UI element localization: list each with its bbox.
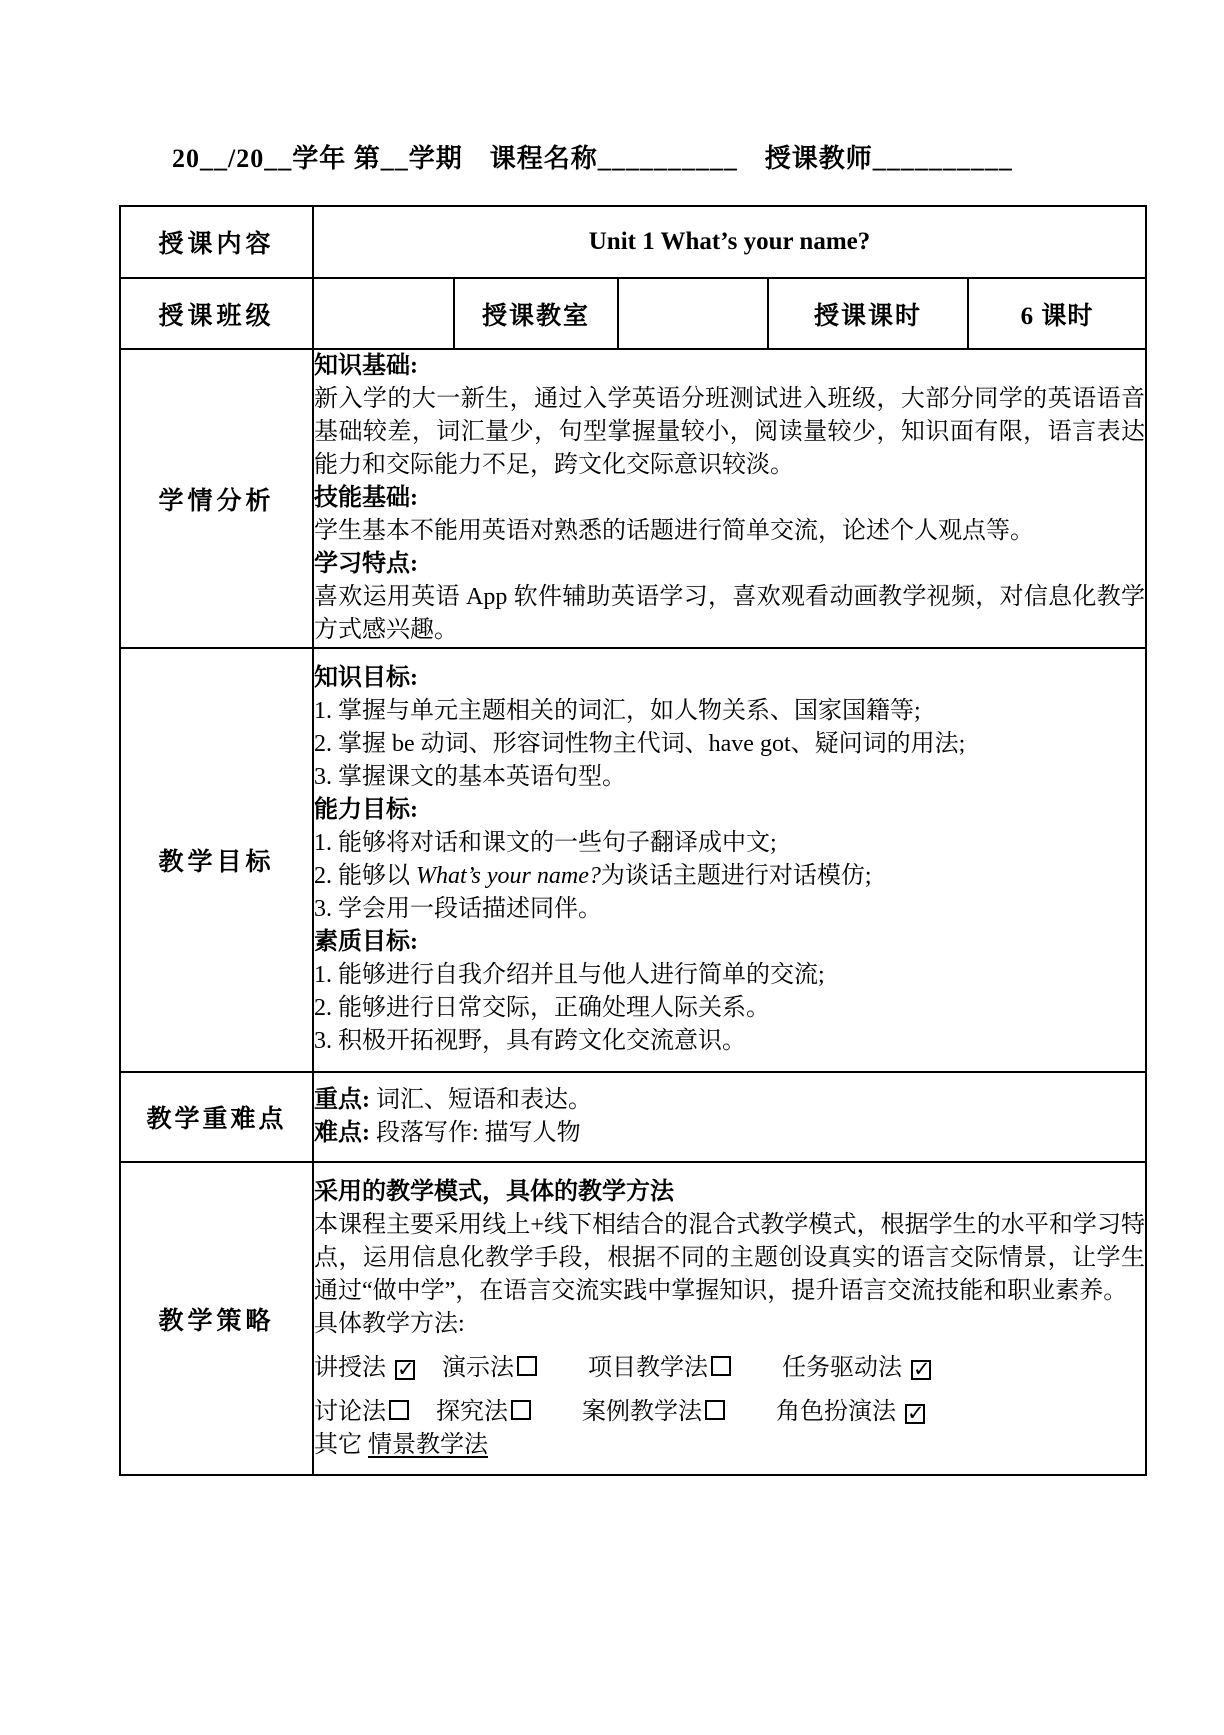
learning-traits-text: 喜欢运用英语 App 软件辅助英语学习，喜欢观看动画教学视频，对信息化教学方式感… (314, 581, 1145, 647)
strategy-heading: 采用的教学模式，具体的教学方法 (314, 1176, 1145, 1209)
checked-checkbox-icon: ✓ (911, 1360, 931, 1380)
other-method-line: 其它 情景教学法 (314, 1429, 1145, 1462)
knowledge-objective-heading: 知识目标: (314, 662, 1145, 695)
knowledge-objective-1: 1. 掌握与单元主题相关的词汇，如人物关系、国家国籍等; (314, 695, 1145, 728)
knowledge-base-heading: 知识基础: (314, 350, 1145, 383)
checked-checkbox-icon: ✓ (395, 1360, 415, 1380)
row-teaching-content: 授课内容 Unit 1 What’s your name? (120, 206, 1146, 278)
teaching-objectives-content: 知识目标:1. 掌握与单元主题相关的词汇，如人物关系、国家国籍等;2. 掌握 b… (313, 648, 1146, 1072)
row-teaching-strategy: 教学策略 采用的教学模式，具体的教学方法本课程主要采用线上+线下相结合的混合式教… (120, 1162, 1146, 1475)
text-segment: 词汇、短语和表达。 (370, 1087, 592, 1113)
key-point-line: 重点: 词汇、短语和表达。 (314, 1084, 1145, 1117)
knowledge-base-text: 新入学的大一新生，通过入学英语分班测试进入班级，大部分同学的英语语音基础较差，词… (314, 383, 1145, 482)
student-analysis-label: 学情分析 (120, 349, 313, 648)
ability-objective-heading: 能力目标: (314, 794, 1145, 827)
class-value-cell (313, 278, 454, 349)
text-segment: 讨论法 (314, 1399, 386, 1425)
lesson-plan-table: 授课内容 Unit 1 What’s your name? 授课班级 授课教室 … (119, 205, 1147, 1476)
ability-objective-3: 3. 学会用一段话描述同伴。 (314, 893, 1145, 926)
text-segment: What’s your name? (416, 863, 601, 889)
text-segment: 2. 能够以 (314, 863, 416, 889)
row-key-difficult-points: 教学重难点 重点: 词汇、短语和表达。难点: 段落写作: 描写人物 (120, 1072, 1146, 1162)
text-segment: 知识基础: (314, 353, 418, 379)
quality-objective-heading: 素质目标: (314, 926, 1145, 959)
hours-value: 6 课时 (968, 278, 1146, 349)
text-segment: 其它 (314, 1432, 368, 1458)
unchecked-checkbox-icon (705, 1400, 725, 1420)
text-segment: 技能基础: (314, 485, 418, 511)
row-student-analysis: 学情分析 知识基础:新入学的大一新生，通过入学英语分班测试进入班级，大部分同学的… (120, 349, 1146, 648)
text-segment: 知识目标: (314, 665, 418, 691)
student-analysis-content: 知识基础:新入学的大一新生，通过入学英语分班测试进入班级，大部分同学的英语语音基… (313, 349, 1146, 648)
methods-line-1: 讲授法 ✓ 演示法 项目教学法 任务驱动法 ✓ (314, 1352, 1145, 1385)
unchecked-checkbox-icon (389, 1400, 409, 1420)
text-segment: 段落写作: 描写人物 (370, 1120, 581, 1146)
text-segment: 2. 能够进行日常交际，正确处理人际关系。 (314, 995, 770, 1021)
hours-label: 授课课时 (768, 278, 968, 349)
text-segment: 难点: (314, 1120, 370, 1146)
row-class-info: 授课班级 授课教室 授课课时 6 课时 (120, 278, 1146, 349)
row-teaching-objectives: 教学目标 知识目标:1. 掌握与单元主题相关的词汇，如人物关系、国家国籍等;2.… (120, 648, 1146, 1072)
text-segment: 情景教学法 (368, 1432, 488, 1458)
ability-objective-1: 1. 能够将对话和课文的一些句子翻译成中文; (314, 827, 1145, 860)
text-segment: 学习特点: (314, 551, 418, 577)
text-segment: 3. 掌握课文的基本英语句型。 (314, 764, 626, 790)
text-segment: 讲授法 (314, 1355, 392, 1381)
text-segment: 采用的教学模式，具体的教学方法 (314, 1179, 674, 1205)
unchecked-checkbox-icon (517, 1356, 537, 1376)
text-segment: 为谈话主题进行对话模仿; (601, 863, 872, 889)
classroom-value-cell (618, 278, 768, 349)
knowledge-objective-2: 2. 掌握 be 动词、形容词性物主代词、have got、疑问词的用法; (314, 728, 1145, 761)
key-difficult-points-label: 教学重难点 (120, 1072, 313, 1162)
teaching-strategy-label: 教学策略 (120, 1162, 313, 1475)
text-segment: 学生基本不能用英语对熟悉的话题进行简单交流，论述个人观点等。 (314, 518, 1034, 544)
text-segment: 3. 学会用一段话描述同伴。 (314, 896, 602, 922)
key-difficult-points-content: 重点: 词汇、短语和表达。难点: 段落写作: 描写人物 (313, 1072, 1146, 1162)
text-segment: 重点: (314, 1087, 370, 1113)
document-page: 20__/20__学年 第__学期 课程名称__________ 授课教师___… (0, 0, 1224, 1735)
strategy-text: 本课程主要采用线上+线下相结合的混合式教学模式，根据学生的水平和学习特点，运用信… (314, 1209, 1145, 1308)
text-segment: 1. 能够进行自我介绍并且与他人进行简单的交流; (314, 962, 825, 988)
classroom-label: 授课教室 (454, 278, 618, 349)
quality-objective-1: 1. 能够进行自我介绍并且与他人进行简单的交流; (314, 959, 1145, 992)
text-segment: 角色扮演法 (728, 1399, 902, 1425)
class-label: 授课班级 (120, 278, 313, 349)
quality-objective-3: 3. 积极开拓视野，具有跨文化交流意识。 (314, 1025, 1145, 1058)
text-segment: 演示法 (418, 1355, 514, 1381)
text-segment: 项目教学法 (540, 1355, 708, 1381)
text-segment: 2. 掌握 be 动词、形容词性物主代词、have got、疑问词的用法; (314, 731, 965, 757)
knowledge-objective-3: 3. 掌握课文的基本英语句型。 (314, 761, 1145, 794)
quality-objective-2: 2. 能够进行日常交际，正确处理人际关系。 (314, 992, 1145, 1025)
text-segment: 任务驱动法 (734, 1355, 908, 1381)
doc-header-title: 20__/20__学年 第__学期 课程名称__________ 授课教师___… (172, 138, 1152, 175)
learning-traits-heading: 学习特点: (314, 548, 1145, 581)
methods-subheading: 具体教学方法: (314, 1308, 1145, 1341)
text-segment: 本课程主要采用线上+线下相结合的混合式教学模式，根据学生的水平和学习特点，运用信… (314, 1212, 1145, 1304)
teaching-strategy-content: 采用的教学模式，具体的教学方法本课程主要采用线上+线下相结合的混合式教学模式，根… (313, 1162, 1146, 1475)
checked-checkbox-icon: ✓ (905, 1404, 925, 1424)
skill-base-text: 学生基本不能用英语对熟悉的话题进行简单交流，论述个人观点等。 (314, 515, 1145, 548)
text-segment: 3. 积极开拓视野，具有跨文化交流意识。 (314, 1028, 746, 1054)
text-segment: 具体教学方法: (314, 1311, 465, 1337)
text-segment: 喜欢运用英语 App 软件辅助英语学习，喜欢观看动画教学视频，对信息化教学方式感… (314, 584, 1145, 643)
text-segment: 1. 掌握与单元主题相关的词汇，如人物关系、国家国籍等; (314, 698, 921, 724)
text-segment: 探究法 (412, 1399, 508, 1425)
text-segment: 1. 能够将对话和课文的一些句子翻译成中文; (314, 830, 777, 856)
unchecked-checkbox-icon (711, 1356, 731, 1376)
teaching-objectives-label: 教学目标 (120, 648, 313, 1072)
difficult-point-line: 难点: 段落写作: 描写人物 (314, 1117, 1145, 1150)
methods-line-2: 讨论法 探究法 案例教学法 角色扮演法 ✓ (314, 1396, 1145, 1429)
skill-base-heading: 技能基础: (314, 482, 1145, 515)
ability-objective-2: 2. 能够以 What’s your name?为谈话主题进行对话模仿; (314, 860, 1145, 893)
teaching-content-label: 授课内容 (120, 206, 313, 278)
text-segment: 案例教学法 (534, 1399, 702, 1425)
unchecked-checkbox-icon (511, 1400, 531, 1420)
text-segment: 新入学的大一新生，通过入学英语分班测试进入班级，大部分同学的英语语音基础较差，词… (314, 386, 1145, 478)
text-segment: 能力目标: (314, 797, 418, 823)
text-segment: 素质目标: (314, 929, 418, 955)
unit-title: Unit 1 What’s your name? (313, 206, 1146, 278)
